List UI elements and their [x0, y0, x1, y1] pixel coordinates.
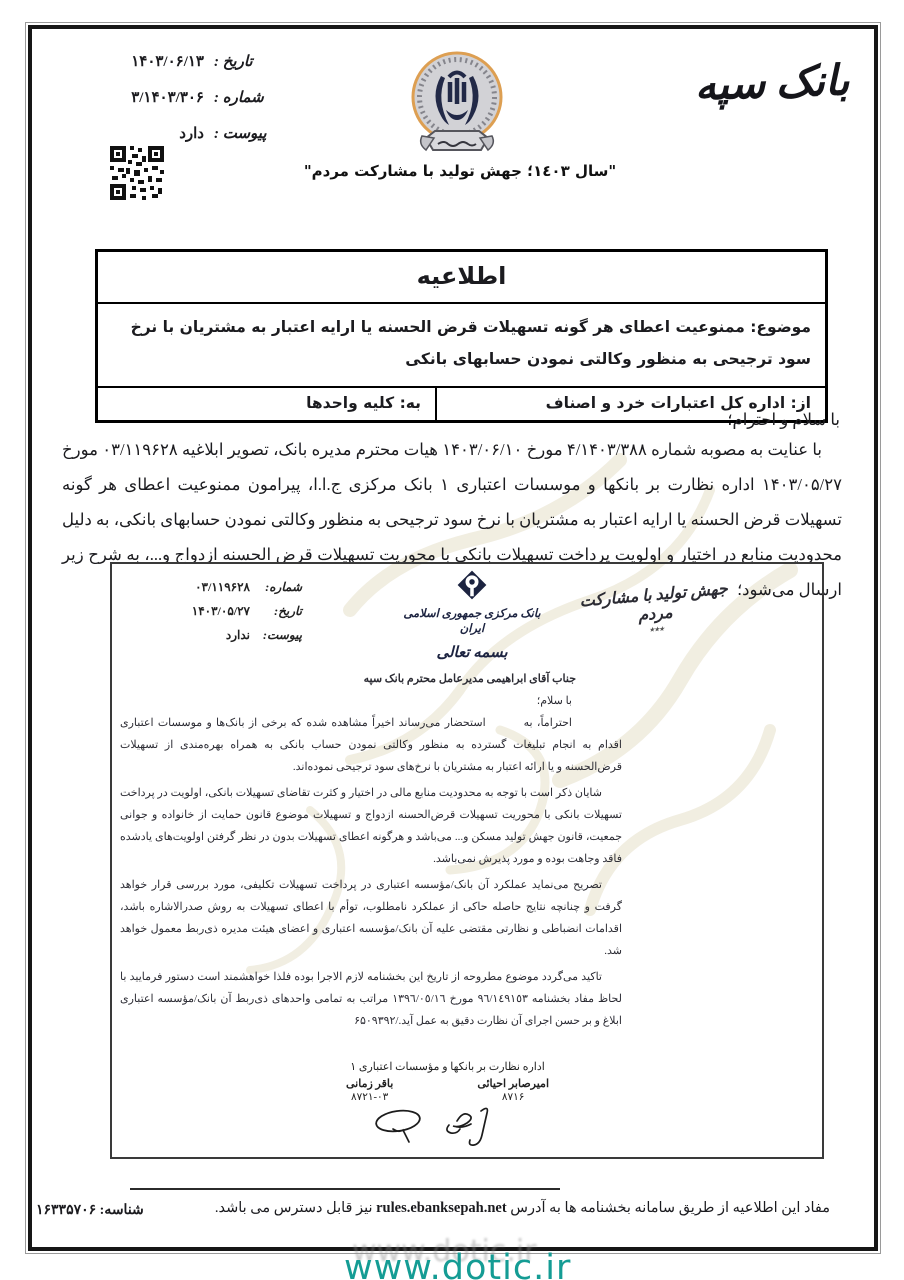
signer-right: امیرصابر احیائی ۸۷۱۶: [477, 1077, 549, 1103]
signer-names: امیرصابر احیائی ۸۷۱۶ باقر زمانی ۸۷۲۱-۰۳: [340, 1077, 555, 1103]
rules-system-link[interactable]: rules.ebanksepah.net: [376, 1200, 507, 1217]
notice-title: اطلاعیه: [98, 252, 825, 304]
bank-sepah-logo-icon: [408, 50, 506, 171]
scanned-notice-page: بانک سپه "سال ١٤٠٣؛ جهش تولید با مشارکت …: [0, 0, 904, 1280]
footer-divider: [130, 1188, 560, 1190]
year-slogan: "سال ١٤٠٣؛ جهش تولید با مشارکت مردم": [292, 162, 628, 180]
slogan-stamp-calligraphy: جهش تولید با مشارکت مردم ٭٭٭: [578, 580, 732, 642]
cbi-date-label: تاریخ:: [258, 604, 302, 619]
letter-paragraph-2: شایان ذکر است با توجه به محدودیت منابع م…: [120, 782, 622, 870]
central-bank-emblem-icon: [457, 587, 487, 604]
cbi-meta-fields: شماره: ۰۳/۱۱۹۶۲۸ تاریخ: ۱۴۰۳/۰۵/۲۷ پیوست…: [132, 580, 302, 652]
notice-table: اطلاعیه موضوع: ممنوعیت اعطای هر گونه تسه…: [95, 249, 828, 423]
signer-left: باقر زمانی ۸۷۲۱-۰۳: [346, 1077, 393, 1103]
notice-to: به: کلیه واحدها: [98, 388, 435, 420]
cbi-attachment-value: ندارد: [132, 628, 250, 643]
signing-department: اداره نظارت بر بانکها و مؤسسات اعتباری ۱: [340, 1060, 555, 1073]
date-row: تاریخ : ۱۴۰۳/۰۶/۱۳: [96, 52, 276, 71]
greeting-line: با سلام و احترام؛: [727, 410, 840, 430]
cbi-date-value: ۱۴۰۳/۰۵/۲۷: [132, 604, 250, 619]
cbi-attachment-row: پیوست: ندارد: [132, 628, 302, 643]
attachment-row: پیوست : دارد: [96, 124, 276, 143]
cbi-number-label: شماره:: [258, 580, 302, 595]
signer-left-name: باقر زمانی: [346, 1077, 393, 1090]
signature-block: اداره نظارت بر بانکها و مؤسسات اعتباری ۱…: [340, 1060, 555, 1152]
cbi-header: بانک مرکزی جمهوری اسلامی ایران بسمه تعال…: [392, 570, 552, 662]
footer-note-after: نیز قابل دسترس می باشد.: [215, 1200, 373, 1216]
slogan-stamp-text: جهش تولید با مشارکت مردم: [579, 581, 729, 625]
letter-body: جناب آقای ابراهیمی مدیرعامل محترم بانک س…: [120, 668, 622, 1036]
letter-salutation: با سلام؛: [120, 690, 622, 712]
attachment-label: پیوست :: [214, 124, 276, 143]
notice-from-to-row: از: اداره کل اعتبارات خرد و اصناف به: کل…: [98, 388, 825, 420]
signer-right-code: ۸۷۱۶: [477, 1091, 549, 1103]
cbi-attachment-label: پیوست:: [258, 628, 302, 643]
addressee-line: جناب آقای ابراهیمی مدیرعامل محترم بانک س…: [120, 668, 622, 690]
cbi-name: بانک مرکزی جمهوری اسلامی ایران: [392, 607, 552, 637]
letter-paragraph-3: تصریح می‌نماید عملکرد آن بانک/مؤسسه اعتب…: [120, 874, 622, 962]
date-label: تاریخ :: [214, 52, 276, 71]
bank-sepah-calligraphy: بانک سپه: [681, 55, 863, 111]
attachment-value: دارد: [96, 124, 204, 143]
cbi-date-row: تاریخ: ۱۴۰۳/۰۵/۲۷: [132, 604, 302, 619]
letter-paragraph-4: تاکید می‌گردد موضوع مطروحه از تاریخ این …: [120, 966, 622, 1032]
signer-right-name: امیرصابر احیائی: [477, 1077, 549, 1090]
number-label: شماره :: [214, 88, 276, 107]
footer-note: مفاد این اطلاعیه از طریق سامانه بخشنامه …: [215, 1200, 830, 1217]
cbi-number-row: شماره: ۰۳/۱۱۹۶۲۸: [132, 580, 302, 595]
number-row: شماره : ۳/۱۴۰۳/۳۰۶: [96, 88, 276, 107]
cbi-number-value: ۰۳/۱۱۹۶۲۸: [132, 580, 250, 595]
signer-left-code: ۸۷۲۱-۰۳: [346, 1091, 393, 1103]
footer-note-before: مفاد این اطلاعیه از طریق سامانه بخشنامه …: [510, 1200, 830, 1216]
besmele: بسمه تعالی: [392, 643, 552, 662]
notice-id: شناسه: ۱۶۳۳۵۷۰۶: [36, 1202, 144, 1219]
date-value: ۱۴۰۳/۰۶/۱۳: [96, 52, 204, 71]
notice-subject: موضوع: ممنوعیت اعطای هر گونه تسهیلات قرض…: [98, 304, 825, 388]
number-value: ۳/۱۴۰۳/۳۰۶: [96, 88, 204, 107]
embedded-cbi-letter: شماره: ۰۳/۱۱۹۶۲۸ تاریخ: ۱۴۰۳/۰۵/۲۷ پیوست…: [110, 562, 824, 1159]
dotic-watermark-link[interactable]: www.dotic.ir: [344, 1248, 571, 1280]
letter-paragraph-1: احتراماً، بهاستحضار می‌رساند اخیراً مشاه…: [120, 712, 622, 778]
signature-scribbles-icon: [340, 1105, 555, 1152]
qr-code-icon: [108, 144, 166, 207]
p1-lead: احتراماً، به: [524, 717, 572, 729]
